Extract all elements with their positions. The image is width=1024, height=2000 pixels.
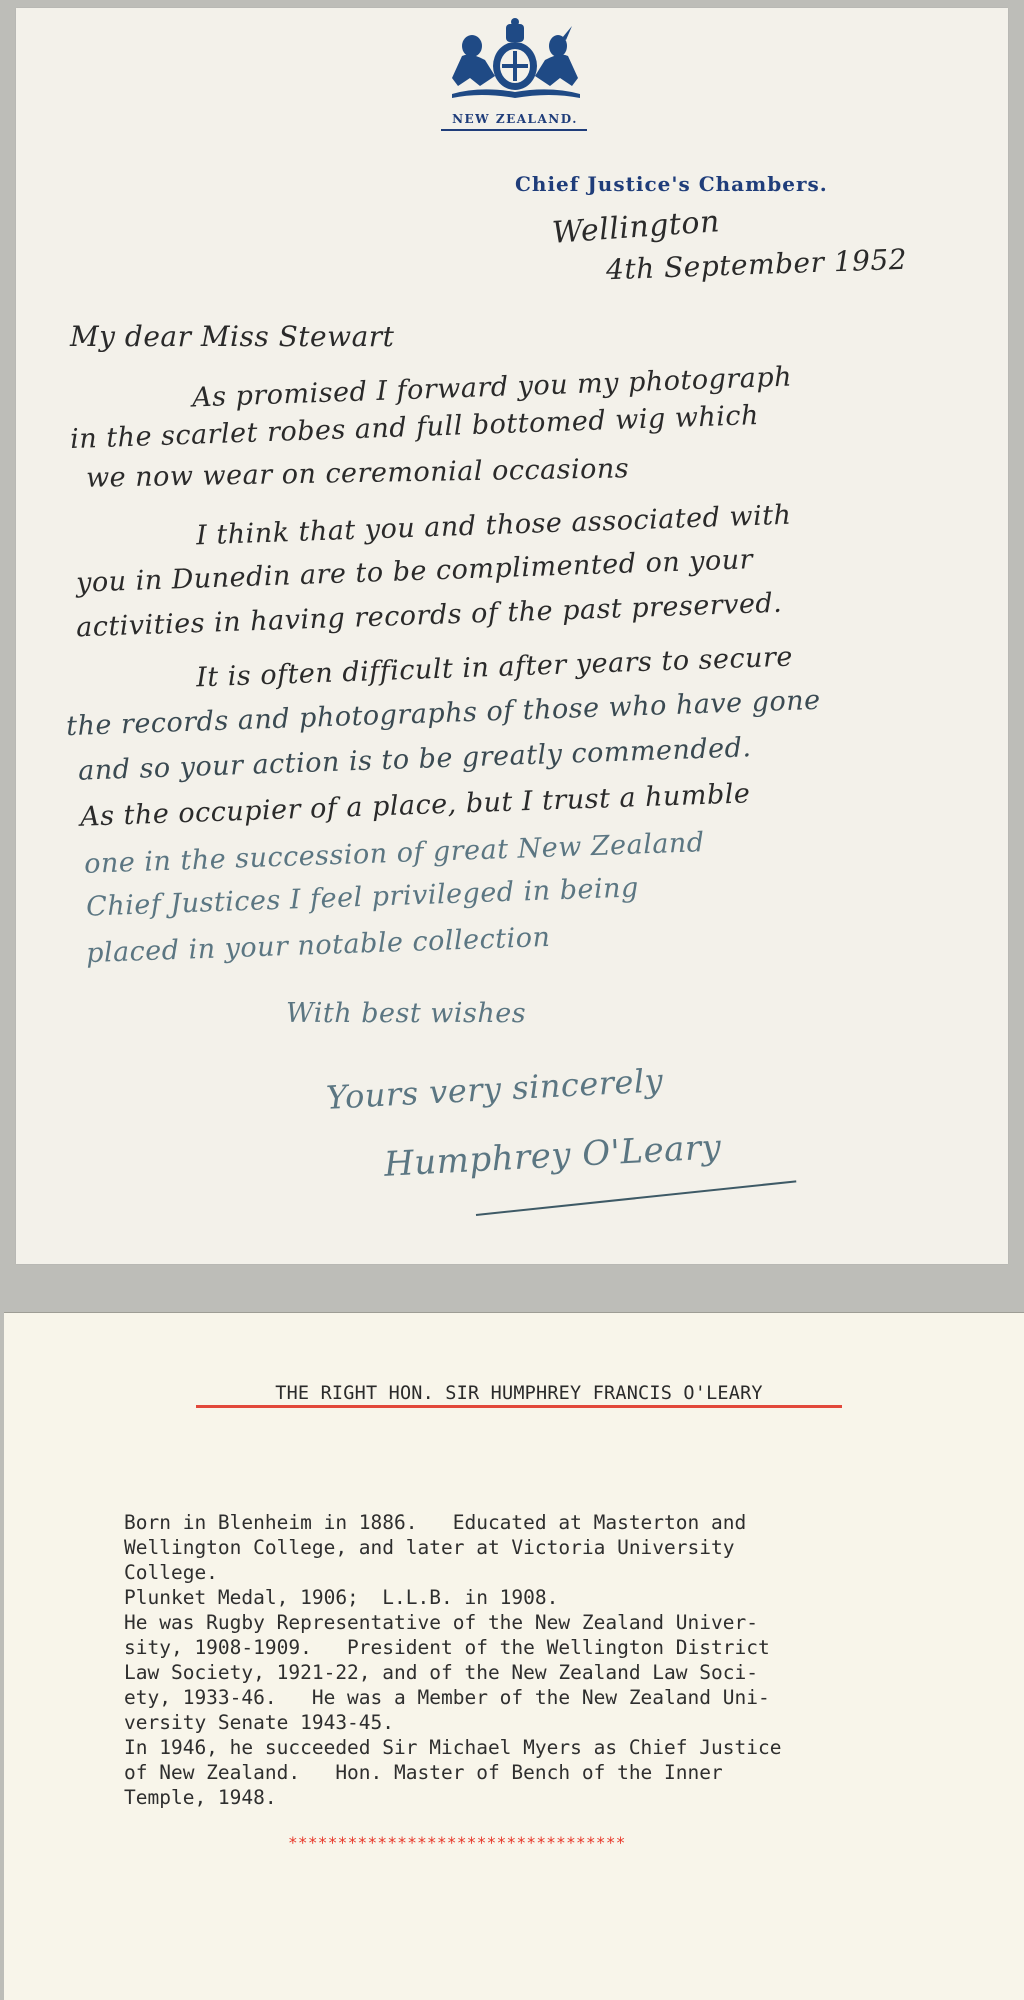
- bio-line: Plunket Medal, 1906; L.L.B. in 1908.: [124, 1585, 781, 1610]
- bio-line: Temple, 1948.: [124, 1785, 781, 1810]
- country-underline: [441, 129, 587, 131]
- bio-line: Law Society, 1921-22, and of the New Zea…: [124, 1660, 781, 1685]
- bio-line: sity, 1908-1909. President of the Wellin…: [124, 1635, 781, 1660]
- bio-line: Wellington College, and later at Victori…: [124, 1535, 781, 1560]
- asterisk-divider: **********************************: [288, 1833, 626, 1852]
- bio-line: He was Rugby Representative of the New Z…: [124, 1610, 781, 1635]
- biography-title-underline: [196, 1405, 842, 1408]
- office-heading: Chief Justice's Chambers.: [515, 172, 828, 196]
- coat-of-arms-icon: [440, 16, 590, 102]
- bio-line: College.: [124, 1560, 781, 1585]
- biography-title: THE RIGHT HON. SIR HUMPHREY FRANCIS O'LE…: [196, 1383, 842, 1404]
- country-heading: NEW ZEALAND.: [440, 112, 590, 126]
- letter-closing: With best wishes: [286, 998, 526, 1029]
- bio-line: versity Senate 1943-45.: [124, 1710, 781, 1735]
- bio-line: of New Zealand. Hon. Master of Bench of …: [124, 1760, 781, 1785]
- biography-text: Born in Blenheim in 1886. Educated at Ma…: [124, 1510, 781, 1810]
- bio-line: In 1946, he succeeded Sir Michael Myers …: [124, 1735, 781, 1760]
- bio-line: Born in Blenheim in 1886. Educated at Ma…: [124, 1510, 781, 1535]
- bio-line: ety, 1933-46. He was a Member of the New…: [124, 1685, 781, 1710]
- letter-salutation: My dear Miss Stewart: [70, 320, 394, 353]
